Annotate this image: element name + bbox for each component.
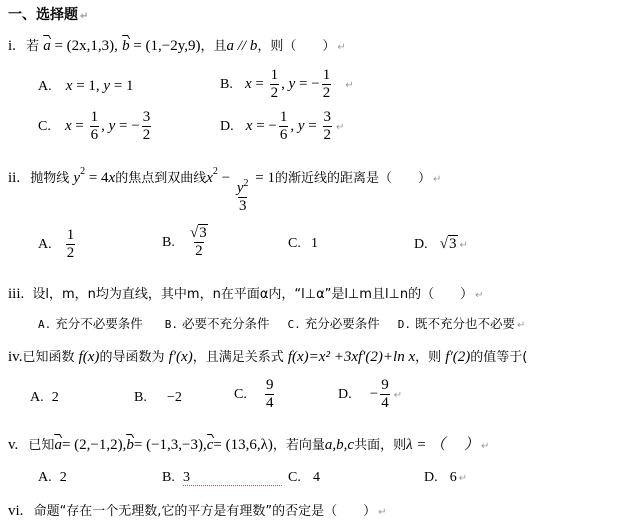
stem-text: 的导函数为 [99,350,164,365]
answer-blank: ，则（ ） [257,39,335,54]
option-label: A. [38,237,52,252]
question-3-options: A. 充分不必要条件 B. 必要不充分条件 C. 充分必要条件 D. 既不充分也… [38,314,525,332]
parallel-relation: a // b [227,38,258,54]
question-2-option-c[interactable]: C. 1 [288,236,318,252]
option-label: C. [288,470,301,485]
paragraph-mark: ↵ [460,240,468,251]
section-heading: 一、选择题↵ [8,4,88,24]
paragraph-mark: ↵ [345,80,353,91]
question-1-option-b[interactable]: B. x = 12, y = −12↵ [220,68,354,101]
stem-text: 共面，则 [354,438,406,453]
stem-text: 已知函数 [22,350,74,365]
option-text: 充分必要条件 [305,316,380,331]
answer-blank: λ = （ ） [406,437,479,453]
function-fp2: f′(2) [445,349,470,365]
option-label: C. [288,236,301,251]
option-label: C. [287,318,300,331]
question-5-option-d[interactable]: D. 6↵ [424,470,467,486]
question-3-option-c[interactable]: C. 充分必要条件 [287,316,379,331]
question-2-option-a[interactable]: A. 12 [38,228,77,261]
question-number: v. [8,437,18,453]
stem-text: 命题“存在一个无理数,它的平方是有理数”的否定是（ ） [34,504,377,519]
option-text: 必要不充分条件 [182,316,270,331]
stem-text: 的焦点到双曲线 [115,171,206,186]
question-2-stem: ii. 抛物线 y2 = 4x的焦点到双曲线x2 − y23 = 1的渐近线的距… [8,166,441,214]
option-label: D. [338,387,352,402]
paragraph-mark: ↵ [337,42,345,53]
question-4-option-d[interactable]: D. −94↵ [338,378,402,411]
question-6-stem: vi. 命题“存在一个无理数,它的平方是有理数”的否定是（ ）↵ [8,500,387,520]
option-label: B. [165,318,178,331]
question-3-stem: iii. 设l，m，n均为直线，其中m，n在平面α内，“l⊥α”是l⊥m且l⊥n… [8,283,484,303]
vector-a-value: = (2,−1,2), [62,437,126,453]
section-title: 一、选择题 [8,7,78,23]
question-1-option-a[interactable]: A. x = 1, y = 1 [38,78,134,95]
paragraph-mark: ↵ [80,11,88,22]
paragraph-mark: ↵ [459,473,467,484]
question-5-stem: v. 已知a= (2,−1,2),b= (−1,3,−3),c= (13,6,λ… [8,433,489,454]
stem-text: 已知 [28,438,54,453]
vector-b-value: = (−1,3,−3), [134,437,207,453]
option-label: B. [162,470,175,485]
question-number: iv. [8,349,22,365]
vector-b: b [126,437,134,454]
question-4-option-c[interactable]: C. 94 [234,378,276,411]
stem-text: ，则 [415,350,441,365]
stem-text: ，且满足关系式 [193,350,284,365]
question-5-option-b[interactable]: B. 3 [162,470,282,486]
option-label: B. [134,390,147,405]
stem-text: ，且 [201,39,227,54]
function-fpx: f′(x) [169,349,193,365]
option-label: B. [162,235,175,250]
function-relation: f(x)=x² +3xf′(2)+ln x [288,349,415,365]
option-label: B. [220,77,233,92]
question-1-option-d[interactable]: D. x = −16, y = 32↵ [220,110,344,143]
question-3-option-a[interactable]: A. 充分不必要条件 [38,316,143,331]
question-number: i. [8,38,16,54]
vector-a: a [54,437,62,454]
option-label: D. [414,237,428,252]
option-label: C. [234,387,247,402]
vector-b-value: = (1,−2y,9) [130,38,201,54]
question-number: iii. [8,286,24,302]
question-4-stem: iv.已知函数 f(x)的导函数为 f′(x)，且满足关系式 f(x)=x² +… [8,346,527,366]
paragraph-mark: ↵ [336,122,344,133]
vector-b: b [122,38,130,55]
vector-c-value: = (13,6,λ) [213,437,272,453]
stem-text: ，若向量 [273,438,325,453]
question-3-option-d[interactable]: D. 既不充分也不必要 [398,316,515,331]
question-4-option-a[interactable]: A. 2 [30,390,59,406]
dotted-underline: 3 [183,470,282,486]
paragraph-mark: ↵ [475,290,483,301]
paragraph-mark: ↵ [481,441,489,452]
vector-a: a [43,38,51,55]
option-label: D. [398,318,411,331]
question-number: ii. [8,170,20,186]
vector-list: a,b,c [325,437,354,453]
question-1-option-c[interactable]: C. x = 16, y = −32 [38,110,153,143]
paragraph-mark: ↵ [517,320,525,331]
vector-a-value: = (2x,1,3), [51,38,118,54]
question-3-option-b[interactable]: B. 必要不充分条件 [165,316,270,331]
paragraph-mark: ↵ [394,390,402,401]
question-5-option-c[interactable]: C. 4 [288,470,320,486]
paragraph-mark: ↵ [378,507,386,518]
option-label: A. [38,470,52,485]
answer-blank: 的渐近线的距离是（ ） [275,171,431,186]
option-label: A. [38,79,52,94]
option-text: 既不充分也不必要 [415,316,515,331]
option-label: D. [424,470,438,485]
function-fx: f(x) [79,349,100,365]
option-text: 充分不必要条件 [55,316,143,331]
option-label: C. [38,119,51,134]
question-4-option-b[interactable]: B. −2 [134,390,182,406]
question-number: vi. [8,503,23,519]
stem-text: 设l，m，n均为直线，其中m，n在平面α内，“l⊥α”是l⊥m且l⊥n的（ ） [32,287,473,302]
option-label: A. [30,390,44,405]
stem-text: 若 [26,39,39,54]
question-1-stem: i. 若 a = (2x,1,3), b = (1,−2y,9)，且a // b… [8,35,346,55]
vector-c: c [207,437,214,454]
question-2-option-b[interactable]: B. √32 [162,226,211,259]
option-label: A. [38,318,51,331]
answer-blank: 的值等于( [470,350,527,365]
option-label: D. [220,119,234,134]
question-5-option-a[interactable]: A. 2 [38,470,67,486]
question-2-option-d[interactable]: D. √3↵ [414,236,468,253]
stem-text: 抛物线 [30,171,69,186]
paragraph-mark: ↵ [433,174,441,185]
